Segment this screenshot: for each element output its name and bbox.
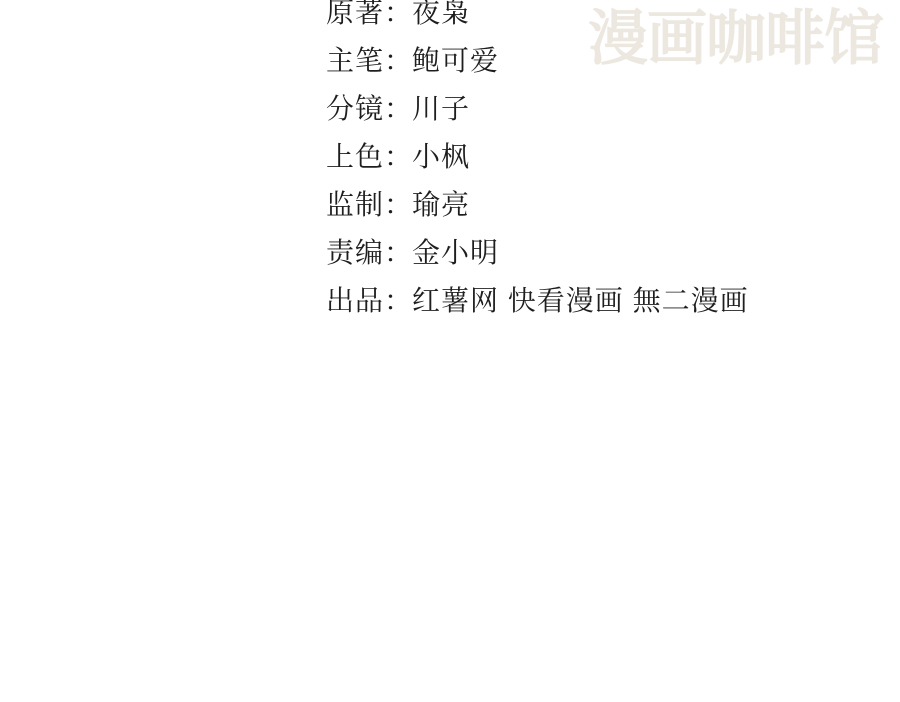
credit-value: 夜枭 [412,0,470,31]
credits-page: 漫画咖啡馆 原著 ： 夜枭 主笔 ： 鲍可爱 分镜 ： 川子 上色 ： 小枫 监… [0,0,900,702]
credit-colon: ： [384,135,412,175]
credit-label: 责编 [326,231,384,271]
credit-label: 上色 [326,135,384,175]
credit-row-supervisor: 监制 ： 瑜亮 [326,179,749,227]
credit-row-editor: 责编 ： 金小明 [326,227,749,275]
credit-colon: ： [384,0,412,31]
credit-row-storyboard: 分镜 ： 川子 [326,83,749,131]
credit-value: 川子 [412,87,470,127]
credit-colon: ： [384,231,412,271]
credit-value: 鲍可爱 [412,39,499,79]
credit-value: 金小明 [412,231,499,271]
credit-label: 分镜 [326,87,384,127]
credit-label: 主笔 [326,39,384,79]
credit-row-lead-artist: 主笔 ： 鲍可爱 [326,35,749,83]
credit-value: 瑜亮 [412,183,470,223]
credit-value: 红薯网 快看漫画 無二漫画 [412,279,749,319]
credit-colon: ： [384,87,412,127]
credit-colon: ： [384,279,412,319]
credit-label: 出品 [326,279,384,319]
credit-value: 小枫 [412,135,470,175]
credit-row-coloring: 上色 ： 小枫 [326,131,749,179]
credit-label: 监制 [326,183,384,223]
credit-colon: ： [384,183,412,223]
credit-label: 原著 [326,0,384,31]
credit-row-production: 出品 ： 红薯网 快看漫画 無二漫画 [326,275,749,323]
credit-row-original-author: 原著 ： 夜枭 [326,0,749,35]
credits-list: 原著 ： 夜枭 主笔 ： 鲍可爱 分镜 ： 川子 上色 ： 小枫 监制 ： 瑜亮… [326,0,749,323]
credit-colon: ： [384,39,412,79]
